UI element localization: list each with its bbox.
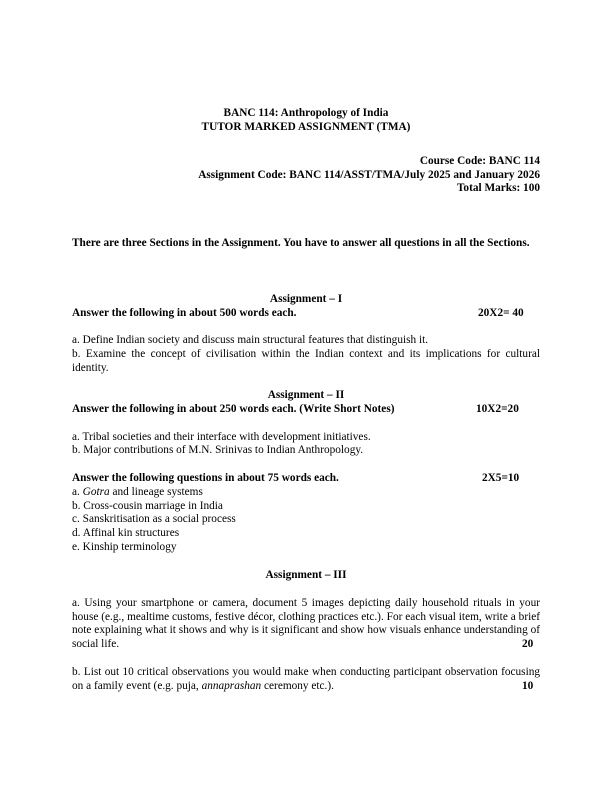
- general-instructions: There are three Sections in the Assignme…: [72, 237, 540, 251]
- assignment-2-part-2-marks: 2X5=10: [482, 472, 519, 486]
- assignment-2-part-2-question-b: b. Cross-cousin marriage in India: [72, 500, 223, 514]
- assignment-2-part-1-question-a: a. Tribal societies and their interface …: [72, 431, 371, 445]
- assignment-3-question-a-marks: 20: [522, 638, 533, 652]
- assignment-2-part-1-instruction: Answer the following in about 250 words …: [72, 403, 394, 417]
- assignment-2-part-2-question-a: a. Gotra and lineage systems: [72, 486, 203, 500]
- assignment-2-part-2-question-e: e. Kinship terminology: [72, 541, 177, 555]
- assignment-1-heading: Assignment – I: [0, 293, 612, 307]
- assignment-1-marks: 20X2= 40: [478, 307, 524, 321]
- question-text: Sanskritisation as a social process: [83, 513, 236, 525]
- assignment-code: Assignment Code: BANC 114/ASST/TMA/July …: [198, 169, 540, 183]
- question-prefix: e.: [72, 541, 83, 553]
- assignment-3-question-a: a. Using your smartphone or camera, docu…: [72, 597, 540, 651]
- question-prefix: d.: [72, 527, 83, 539]
- total-marks: Total Marks: 100: [457, 182, 540, 196]
- assignment-2-part-2-question-c: c. Sanskritisation as a social process: [72, 513, 236, 527]
- assignment-1-question-b: b. Examine the concept of civilisation w…: [72, 348, 540, 375]
- assignment-2-part-2-instruction: Answer the following questions in about …: [72, 472, 339, 486]
- question-prefix: b.: [72, 500, 83, 512]
- assignment-2-part-1-question-b: b. Major contributions of M.N. Srinivas …: [72, 444, 363, 458]
- course-title: BANC 114: Anthropology of India: [0, 107, 612, 121]
- assignment-title: TUTOR MARKED ASSIGNMENT (TMA): [0, 121, 612, 135]
- question-italic-term: annaprashan: [202, 680, 262, 692]
- question-italic-term: Gotra: [83, 486, 110, 498]
- question-text: and lineage systems: [110, 486, 203, 498]
- question-text: ceremony etc.).: [261, 680, 334, 692]
- assignment-2-part-1-marks: 10X2=20: [476, 403, 519, 417]
- question-text: Kinship terminology: [83, 541, 177, 553]
- assignment-3-heading: Assignment – III: [0, 569, 612, 583]
- assignment-2-heading: Assignment – II: [0, 389, 612, 403]
- assignment-1-question-a: a. Define Indian society and discuss mai…: [72, 334, 428, 348]
- question-prefix: a.: [72, 486, 83, 498]
- course-code: Course Code: BANC 114: [420, 155, 540, 169]
- assignment-3-question-b: b. List out 10 critical observations you…: [72, 666, 540, 693]
- question-prefix: c.: [72, 513, 83, 525]
- document-page: BANC 114: Anthropology of India TUTOR MA…: [0, 0, 612, 792]
- question-text: Affinal kin structures: [83, 527, 179, 539]
- question-text: Cross-cousin marriage in India: [83, 500, 223, 512]
- assignment-3-question-b-marks: 10: [522, 680, 533, 694]
- assignment-1-instruction: Answer the following in about 500 words …: [72, 307, 297, 321]
- assignment-2-part-2-question-d: d. Affinal kin structures: [72, 527, 179, 541]
